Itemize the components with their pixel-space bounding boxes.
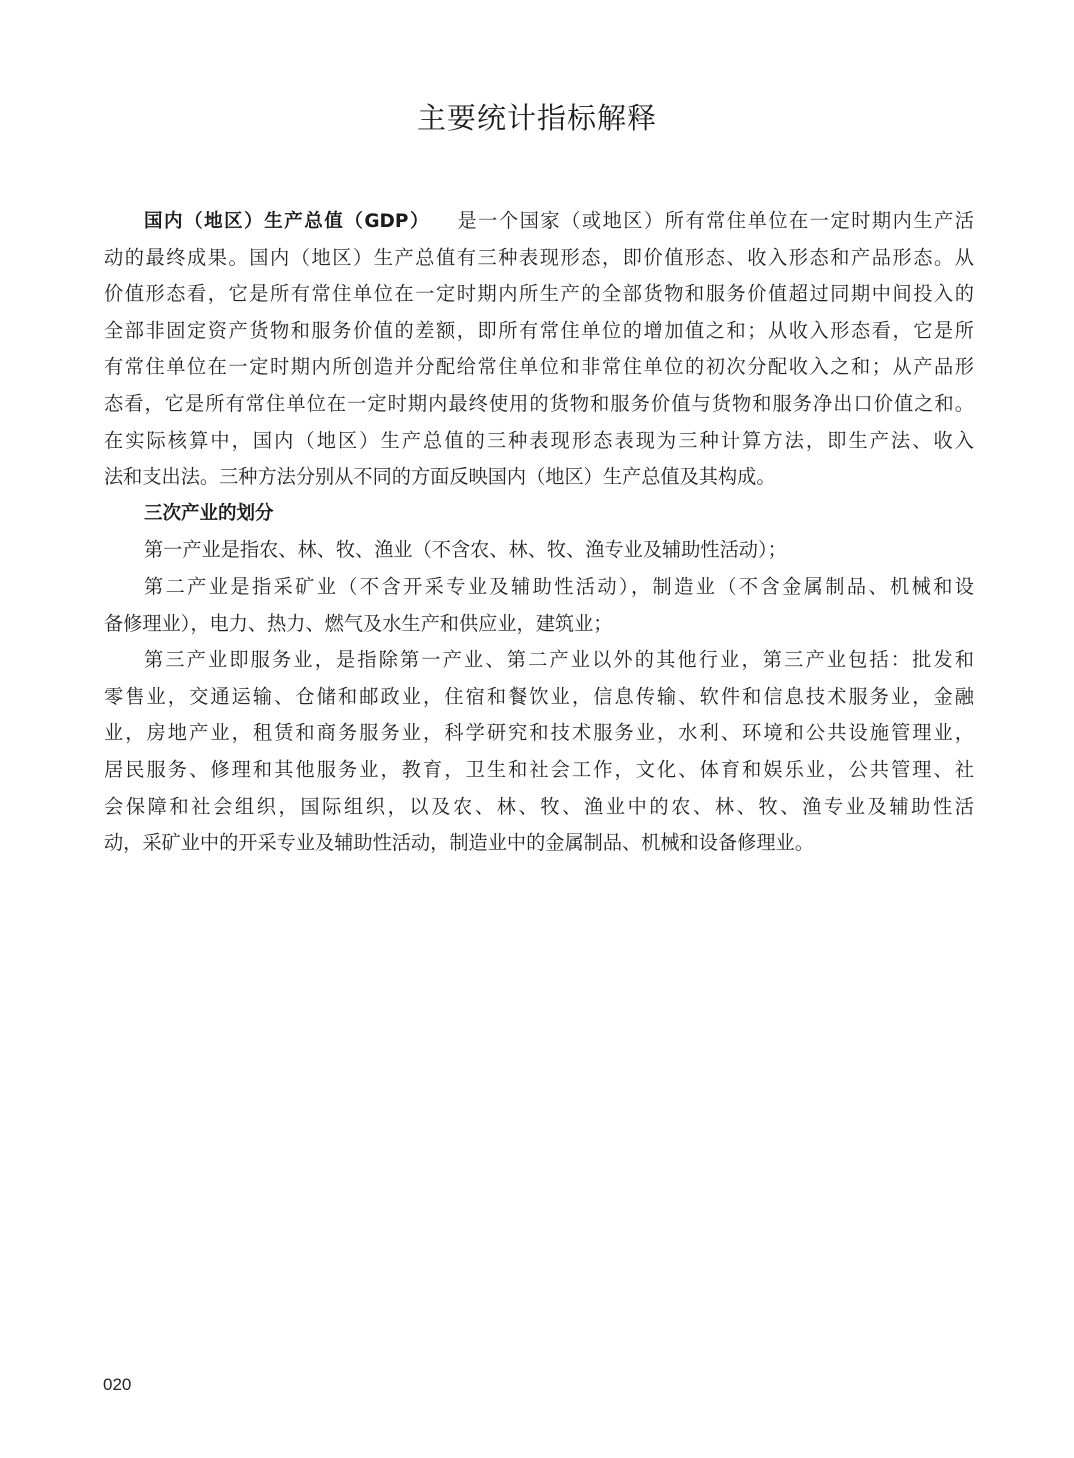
paragraph-line: 全部非固定资产货物和服务价值的差额，即所有常住单位的增加值之和；从收入形态看，它… xyxy=(104,313,974,350)
paragraph-line: 居民服务、修理和其他服务业，教育，卫生和社会工作，文化、体育和娱乐业，公共管理、… xyxy=(104,752,974,789)
line-text: 是一个国家（或地区）所有常住单位在一定时期内生产活 xyxy=(456,209,974,232)
paragraph-line: 动的最终成果。国内（地区）生产总值有三种表现形态，即价值形态、收入形态和产品形态… xyxy=(104,240,974,277)
paragraph-line: 在实际核算中，国内（地区）生产总值的三种表现形态表现为三种计算方法，即生产法、收… xyxy=(104,423,974,460)
paragraph-line: 零售业，交通运输、仓储和邮政业，住宿和餐饮业，信息传输、软件和信息技术服务业，金… xyxy=(104,679,974,716)
paragraph-line: 业，房地产业，租赁和商务服务业，科学研究和技术服务业，水利、环境和公共设施管理业… xyxy=(104,715,974,752)
section-heading: 三次产业的划分 xyxy=(104,496,974,533)
paragraph-line: 国内（地区）生产总值（GDP）是一个国家（或地区）所有常住单位在一定时期内生产活 xyxy=(104,203,974,240)
paragraph-line: 动，采矿业中的开采专业及辅助性活动，制造业中的金属制品、机械和设备修理业。 xyxy=(104,825,974,862)
secondary-industry-paragraph: 第二产业是指采矿业（不含开采专业及辅助性活动），制造业（不含金属制品、机械和设 … xyxy=(104,569,974,642)
paragraph-line: 价值形态看，它是所有常住单位在一定时期内所生产的全部货物和服务价值超过同期中间投… xyxy=(104,276,974,313)
paragraph-line: 第三产业即服务业，是指除第一产业、第二产业以外的其他行业，第三产业包括：批发和 xyxy=(104,642,974,679)
paragraph-line: 法和支出法。三种方法分别从不同的方面反映国内（地区）生产总值及其构成。 xyxy=(104,459,974,496)
primary-industry-paragraph: 第一产业是指农、林、牧、渔业（不含农、林、牧、渔专业及辅助性活动）； xyxy=(104,532,974,569)
paragraph-line: 会保障和社会组织，国际组织，以及农、林、牧、渔业中的农、林、牧、渔专业及辅助性活 xyxy=(104,789,974,826)
page-title: 主要统计指标解释 xyxy=(0,98,1074,138)
gdp-paragraph: 国内（地区）生产总值（GDP）是一个国家（或地区）所有常住单位在一定时期内生产活… xyxy=(104,203,974,496)
paragraph-line: 第二产业是指采矿业（不含开采专业及辅助性活动），制造业（不含金属制品、机械和设 xyxy=(104,569,974,606)
paragraph-line: 第一产业是指农、林、牧、渔业（不含农、林、牧、渔专业及辅助性活动）； xyxy=(104,532,974,569)
paragraph-line: 有常住单位在一定时期内所创造并分配给常住单位和非常住单位的初次分配收入之和；从产… xyxy=(104,349,974,386)
page-number: 020 xyxy=(103,1375,131,1395)
tertiary-industry-paragraph: 第三产业即服务业，是指除第一产业、第二产业以外的其他行业，第三产业包括：批发和 … xyxy=(104,642,974,862)
paragraph-line: 备修理业），电力、热力、燃气及水生产和供应业，建筑业； xyxy=(104,606,974,643)
industry-section: 三次产业的划分 第一产业是指农、林、牧、渔业（不含农、林、牧、渔专业及辅助性活动… xyxy=(104,496,974,862)
document-body: 国内（地区）生产总值（GDP）是一个国家（或地区）所有常住单位在一定时期内生产活… xyxy=(104,203,974,862)
gdp-term: 国内（地区）生产总值（GDP） xyxy=(144,211,430,232)
paragraph-line: 态看，它是所有常住单位在一定时期内最终使用的货物和服务价值与货物和服务净出口价值… xyxy=(104,386,974,423)
